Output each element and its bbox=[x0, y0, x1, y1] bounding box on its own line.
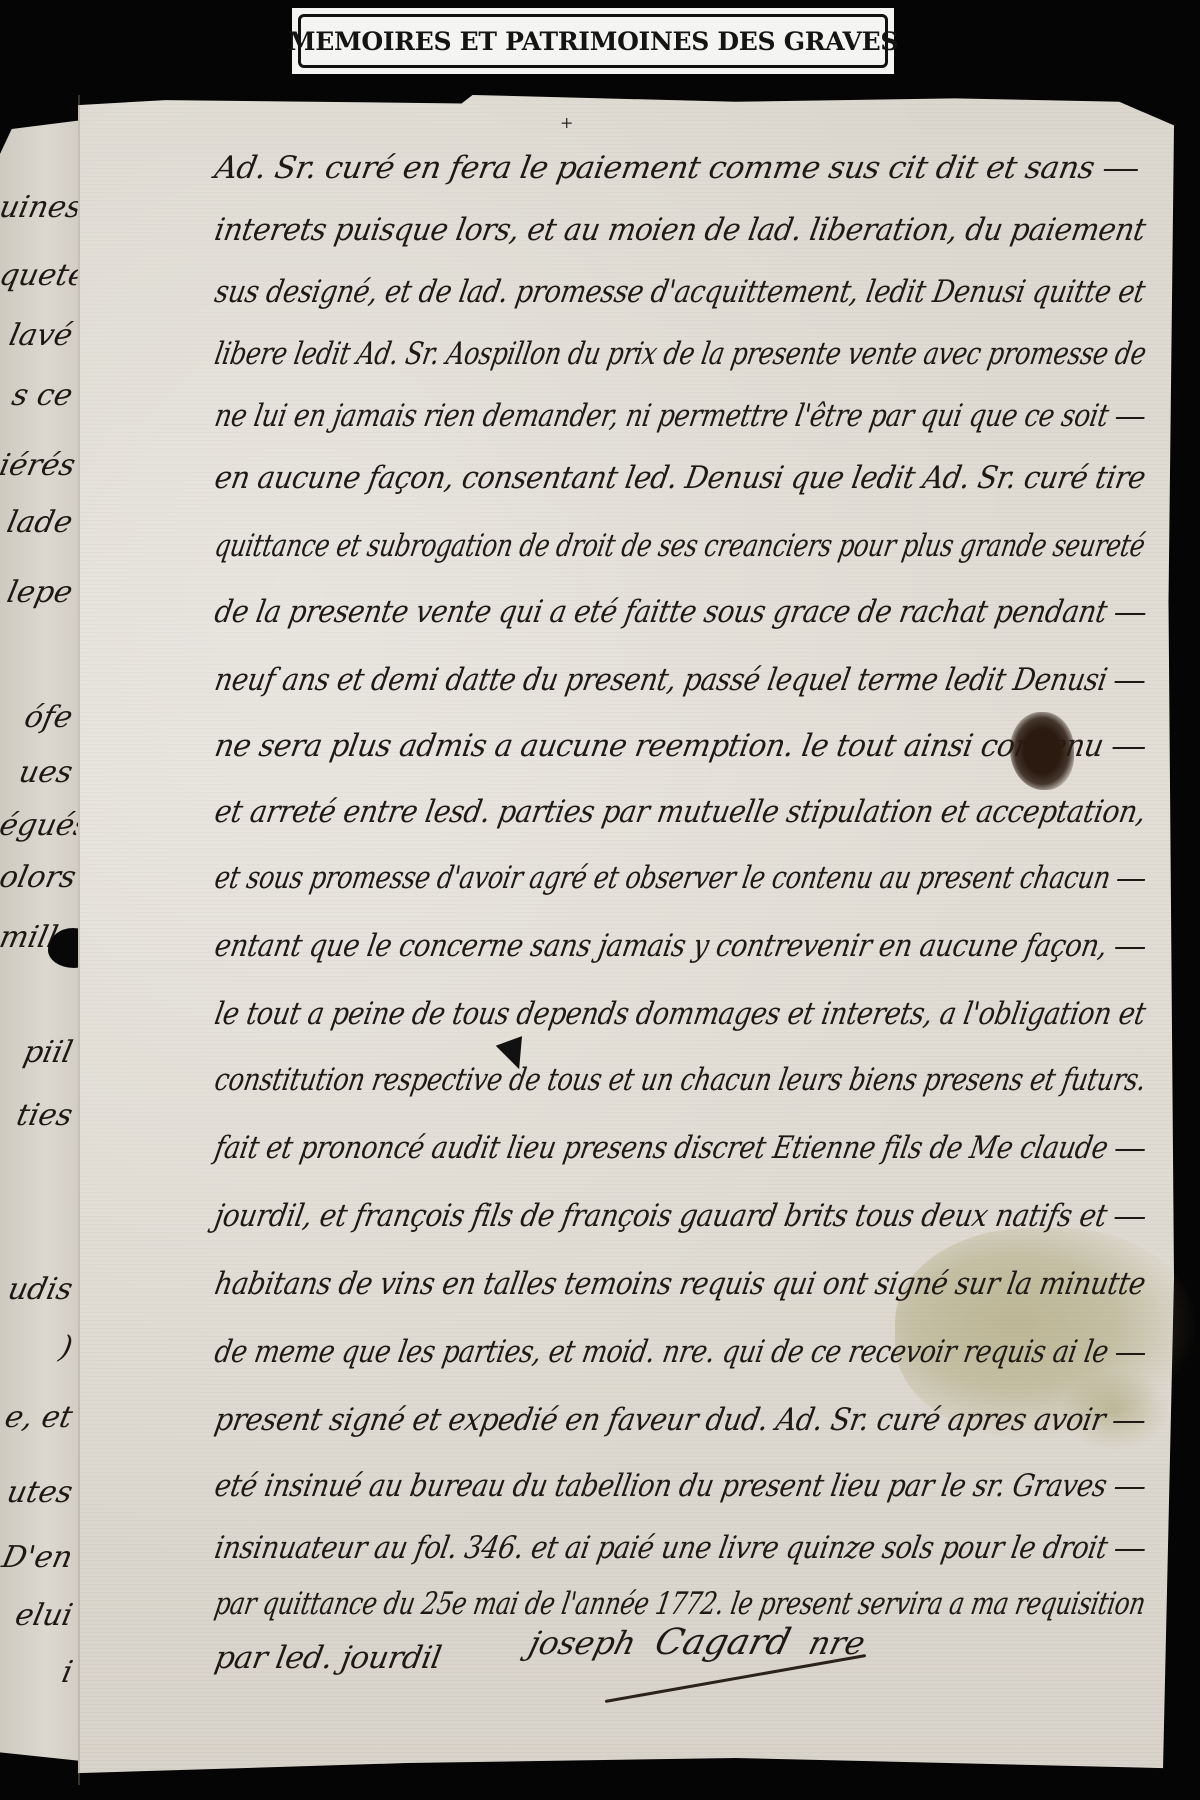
line-filler-dash bbox=[1114, 1487, 1144, 1489]
manuscript-line: Ad. Sr. curé en fera le paiement comme s… bbox=[212, 150, 1141, 186]
adjacent-page-fragment: D'en bbox=[0, 1540, 82, 1575]
line-filler-dash bbox=[1117, 879, 1145, 881]
manuscript-line: insinuateur au fol. 346. et ai paié une … bbox=[212, 1530, 1148, 1566]
line-filler-dash bbox=[1112, 747, 1145, 749]
adjacent-page-fragment: elui bbox=[0, 1598, 82, 1633]
manuscript-line-text: entant que le concerne sans jamais y con… bbox=[212, 928, 1110, 964]
manuscript-line: constitution respective de tous et un ch… bbox=[212, 1062, 1149, 1098]
adjacent-page-fragment: lade bbox=[0, 505, 82, 540]
adjacent-page-fragment: utes bbox=[0, 1475, 82, 1510]
adjacent-page-fragment: ófe bbox=[0, 700, 82, 735]
ink-stain bbox=[1010, 712, 1074, 790]
manuscript-line-text: et sous promesse d'avoir agré et observe… bbox=[212, 860, 1113, 896]
manuscript-line: fait et prononcé audit lieu presens disc… bbox=[212, 1130, 1148, 1166]
line-filler-dash bbox=[1115, 947, 1145, 949]
adjacent-page-fragment: lavé bbox=[0, 318, 82, 353]
manuscript-line-text: insinuateur au fol. 346. et ai paié une … bbox=[212, 1530, 1110, 1566]
manuscript-line: en aucune façon, consentant led. Denusi … bbox=[212, 460, 1148, 496]
archive-title: MEMOIRES ET PATRIMOINES DES GRAVES bbox=[288, 27, 898, 56]
manuscript-line-text: neuf ans et demi datte du present, passé… bbox=[212, 662, 1110, 698]
manuscript-line-text: libere ledit Ad. Sr. Aospillon du prix d… bbox=[212, 336, 1149, 372]
header-frame: MEMOIRES ET PATRIMOINES DES GRAVES bbox=[298, 14, 888, 68]
manuscript-line: par led. jourdil bbox=[212, 1640, 444, 1676]
manuscript-line-text: interets puisque lors, et au moien de la… bbox=[212, 212, 1148, 248]
manuscript-line-text: constitution respective de tous et un ch… bbox=[212, 1062, 1149, 1098]
top-mark: + bbox=[560, 113, 573, 132]
manuscript-line-text: habitans de vins en talles temoins requi… bbox=[212, 1266, 1148, 1302]
line-filler-dash bbox=[1115, 613, 1146, 615]
adjacent-page-fragment: égués bbox=[0, 808, 82, 843]
manuscript-line: et arreté entre lesd. parties par mutuel… bbox=[212, 794, 1148, 830]
adjacent-page-fragment: quete bbox=[0, 258, 82, 293]
line-filler-dash bbox=[1103, 169, 1137, 171]
manuscript-line: de meme que les parties, et moid. nre. q… bbox=[212, 1334, 1148, 1370]
manuscript-line-text: Ad. Sr. curé en fera le paiement comme s… bbox=[212, 150, 1097, 186]
manuscript-line-text: par led. jourdil bbox=[212, 1640, 444, 1676]
line-filler-dash bbox=[1115, 1217, 1146, 1219]
manuscript-line-text: sus designé, et de lad. promesse d'acqui… bbox=[212, 274, 1148, 310]
manuscript-line-text: le tout a peine de tous depends dommages… bbox=[212, 996, 1148, 1032]
manuscript-line: ne sera plus admis a aucune reemption. l… bbox=[212, 728, 1148, 764]
adjacent-page-fragment: i bbox=[0, 1655, 82, 1690]
adjacent-page-fragment: s ce bbox=[0, 378, 82, 413]
manuscript-line: neuf ans et demi datte du present, passé… bbox=[212, 662, 1148, 698]
line-filler-dash bbox=[1116, 1149, 1146, 1151]
manuscript-line: jourdil, et françois fils de françois ga… bbox=[212, 1198, 1149, 1234]
manuscript-line-text: present signé et expedié en faveur dud. … bbox=[212, 1402, 1108, 1438]
line-filler-dash bbox=[1116, 417, 1145, 419]
manuscript-line-text: par quittance du 25e mai de l'année 1772… bbox=[212, 1586, 1148, 1622]
manuscript-line: entant que le concerne sans jamais y con… bbox=[212, 928, 1148, 964]
line-filler-dash bbox=[1116, 1353, 1145, 1355]
manuscript-line-text: en aucune façon, consentant led. Denusi … bbox=[212, 460, 1148, 496]
manuscript-line: eté insinué au bureau du tabellion du pr… bbox=[212, 1468, 1148, 1504]
manuscript-line-text: et arreté entre lesd. parties par mutuel… bbox=[212, 794, 1148, 830]
adjacent-page-fragment: olors bbox=[0, 860, 82, 895]
adjacent-page-fragment: lepe bbox=[0, 575, 82, 610]
manuscript-line-text: jourdil, et françois fils de françois ga… bbox=[212, 1198, 1110, 1234]
manuscript-line-text: ne sera plus admis a aucune reemption. l… bbox=[212, 728, 1106, 764]
signature-surname: Cagard bbox=[651, 1622, 795, 1663]
adjacent-page-fragment: iérés bbox=[0, 448, 82, 483]
adjacent-page-fragment: uines bbox=[0, 190, 82, 225]
manuscript-line: ne lui en jamais rien demander, ni perme… bbox=[212, 398, 1148, 434]
notary-signature: joseph Cagard nre bbox=[525, 1622, 870, 1663]
manuscript-line: quittance et subrogation de droit de ses… bbox=[212, 528, 1147, 564]
manuscript-line: libere ledit Ad. Sr. Aospillon du prix d… bbox=[212, 336, 1149, 372]
line-filler-dash bbox=[1115, 1549, 1145, 1551]
line-filler-dash bbox=[1115, 681, 1145, 683]
manuscript-line-text: quittance et subrogation de droit de ses… bbox=[212, 528, 1147, 564]
header-banner: MEMOIRES ET PATRIMOINES DES GRAVES bbox=[292, 8, 894, 74]
manuscript-line: par quittance du 25e mai de l'année 1772… bbox=[212, 1586, 1148, 1622]
manuscript-line: sus designé, et de lad. promesse d'acqui… bbox=[212, 274, 1148, 310]
manuscript-line: interets puisque lors, et au moien de la… bbox=[212, 212, 1148, 248]
manuscript-line-text: fait et prononcé audit lieu presens disc… bbox=[212, 1130, 1111, 1166]
manuscript-line-text: eté insinué au bureau du tabellion du pr… bbox=[212, 1468, 1109, 1504]
manuscript-line: le tout a peine de tous depends dommages… bbox=[212, 996, 1148, 1032]
manuscript-line: present signé et expedié en faveur dud. … bbox=[212, 1402, 1148, 1438]
manuscript-line: habitans de vins en talles temoins requi… bbox=[212, 1266, 1148, 1302]
signature-first-name: joseph bbox=[525, 1624, 640, 1662]
page-fold bbox=[78, 95, 80, 1785]
manuscript-line-text: de la presente vente qui a eté faitte so… bbox=[212, 594, 1110, 630]
adjacent-page-fragment: udis bbox=[0, 1272, 82, 1307]
adjacent-page-fragment: e, et bbox=[0, 1400, 82, 1435]
manuscript-line: et sous promesse d'avoir agré et observe… bbox=[212, 860, 1149, 896]
adjacent-page-fragment: ties bbox=[0, 1098, 82, 1133]
manuscript-line-text: de meme que les parties, et moid. nre. q… bbox=[212, 1334, 1111, 1370]
adjacent-page-fragment: ) bbox=[0, 1330, 82, 1365]
adjacent-page-fragment: piil bbox=[0, 1035, 82, 1070]
adjacent-page-fragment: ues bbox=[0, 755, 82, 790]
manuscript-line: de la presente vente qui a eté faitte so… bbox=[212, 594, 1149, 630]
manuscript-line-text: ne lui en jamais rien demander, ni perme… bbox=[212, 398, 1111, 434]
line-filler-dash bbox=[1113, 1421, 1144, 1423]
